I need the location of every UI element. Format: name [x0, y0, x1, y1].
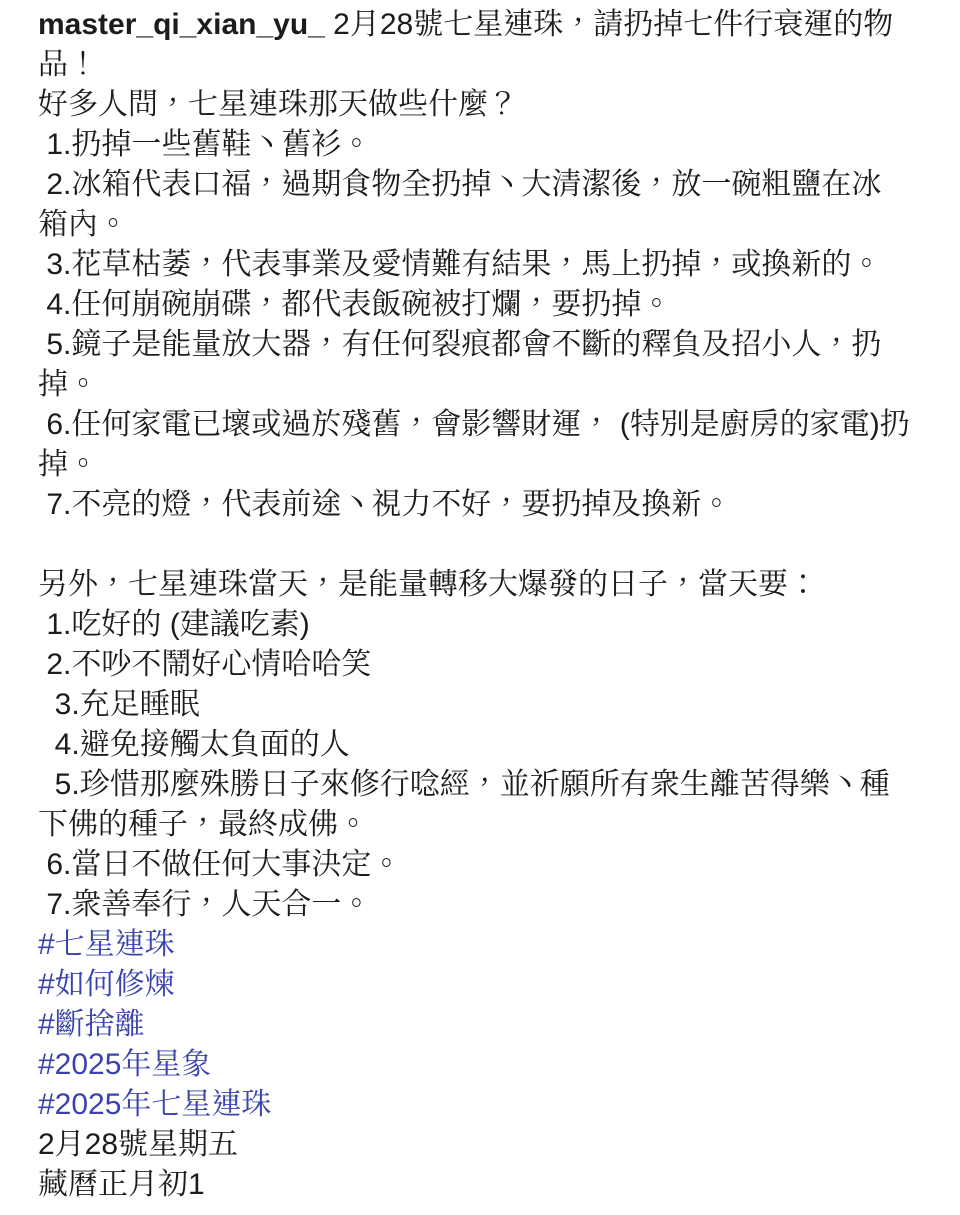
hashtag-link[interactable]: #2025年星象: [38, 1045, 910, 1085]
caption-line-todo-item-6: 6.當日不做任何大事決定。: [38, 845, 910, 885]
caption-line-tibetan-calendar: 藏曆正月初1: [38, 1165, 910, 1205]
caption-line-todo-item-4: 4.避免接觸太負面的人: [38, 725, 910, 765]
hashtag-link[interactable]: #七星連珠: [38, 925, 910, 965]
caption-line-todo-item-3: 3.充足睡眠: [38, 685, 910, 725]
hashtag-link[interactable]: #斷捨離: [38, 1005, 910, 1045]
caption-line-section-2-intro: 另外，七星連珠當天，是能量轉移大爆發的日子，當天要：: [38, 565, 910, 605]
caption-line-date: 2月28號星期五: [38, 1125, 910, 1165]
caption-line-discard-item-5: 5.鏡子是能量放大器，有任何裂痕都會不斷的釋負及招小人，扔掉。: [38, 325, 910, 405]
caption-line-discard-item-1: 1.扔掉一些舊鞋丶舊衫。: [38, 125, 910, 165]
caption-line-todo-item-2: 2.不吵不鬧好心情哈哈笑: [38, 645, 910, 685]
caption-line-discard-item-2: 2.冰箱代表口福，過期食物全扔掉丶大清潔後，放一碗粗鹽在冰箱內。: [38, 165, 910, 245]
caption-line-todo-item-5: 5.珍惜那麼殊勝日子來修行唸經，並祈願所有衆生離苦得樂丶種下佛的種子，最終成佛。: [38, 765, 910, 845]
caption-line-discard-item-6: 6.任何家電已壞或過於殘舊，會影響財運， (特別是廚房的家電)扔掉。: [38, 405, 910, 485]
caption-line-todo-item-7: 7.衆善奉行，人天合一。: [38, 885, 910, 925]
caption-line-discard-item-7: 7.不亮的燈，代表前途丶視力不好，要扔掉及換新。: [38, 485, 910, 525]
caption-line-discard-item-3: 3.花草枯萎，代表事業及愛情難有結果，馬上扔掉，或換新的。: [38, 245, 910, 285]
caption-blank-line: [38, 525, 910, 565]
post-caption: master_qi_xian_yu_ 2月28號七星連珠，請扔掉七件行衰運的物品…: [0, 0, 960, 1215]
username-link[interactable]: master_qi_xian_yu_: [38, 8, 325, 41]
hashtag-link[interactable]: #2025年七星連珠: [38, 1085, 910, 1125]
caption-line-todo-item-1: 1.吃好的 (建議吃素): [38, 605, 910, 645]
hashtag-link[interactable]: #如何修煉: [38, 965, 910, 1005]
caption-intro-line: master_qi_xian_yu_ 2月28號七星連珠，請扔掉七件行衰運的物品…: [38, 5, 910, 85]
caption-line: 好多人問，七星連珠那天做些什麼？: [38, 85, 910, 125]
caption-line-discard-item-4: 4.任何崩碗崩碟，都代表飯碗被打爛，要扔掉。: [38, 285, 910, 325]
